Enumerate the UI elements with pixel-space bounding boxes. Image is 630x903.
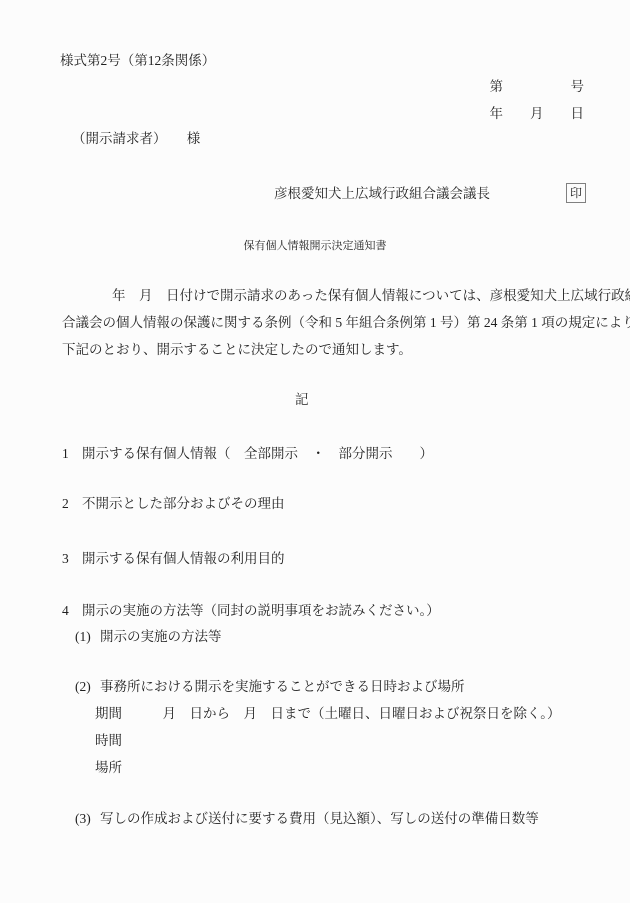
item-2-text: 不開示とした部分およびその理由 [82, 496, 285, 512]
document-page: 様式第2号（第12条関係） 第 号 年 月 日 （開示請求者） 様 彦根愛知犬上… [0, 0, 630, 903]
item-3: 3 開示する保有個人情報の利用目的 [62, 551, 285, 567]
sub-item-2: (2) 事務所における開示を実施することができる日時および場所 [75, 679, 465, 695]
seal-mark: 印 [570, 186, 582, 200]
sub-item-3: (3) 写しの作成および送付に要する費用（見込額）、写しの送付の準備日数等 [75, 811, 539, 827]
place-label: 場所 [95, 760, 122, 776]
item-4-text: 開示の実施の方法等（同封の説明事項をお読みください。） [82, 603, 440, 619]
sender-title: 彦根愛知犬上広域行政組合議会議長 [274, 186, 490, 202]
sub-item-1: (1) 開示の実施の方法等 [75, 629, 222, 645]
item-1-text: 開示する保有個人情報（ 全部開示 ・ 部分開示 ） [82, 446, 433, 462]
sub-item-3-number: (3) [75, 811, 100, 827]
issue-date-line: 年 月 日 [0, 106, 584, 122]
document-number-line: 第 号 [0, 79, 584, 95]
sub-item-1-text: 開示の実施の方法等 [100, 629, 222, 645]
item-1-number: 1 [62, 446, 82, 462]
period-line: 期間 月 日から 月 日まで（土曜日、日曜日および祝祭日を除く。） [95, 706, 560, 722]
sub-item-1-number: (1) [75, 629, 100, 645]
time-label: 時間 [95, 733, 122, 749]
sub-item-2-text: 事務所における開示を実施することができる日時および場所 [100, 679, 465, 695]
item-1: 1 開示する保有個人情報（ 全部開示 ・ 部分開示 ） [62, 446, 433, 462]
item-4-number: 4 [62, 603, 82, 619]
sub-item-3-text: 写しの作成および送付に要する費用（見込額）、写しの送付の準備日数等 [100, 811, 539, 827]
body-paragraph-line-1: 年 月 日付けで開示請求のあった保有個人情報については、彦根愛知犬上広域行政組 [112, 288, 630, 304]
ki-marker: 記 [295, 392, 309, 408]
item-2: 2 不開示とした部分およびその理由 [62, 496, 285, 512]
seal-stamp-icon: 印 [566, 183, 586, 203]
addressee-line: （開示請求者） 様 [72, 131, 200, 147]
sub-item-2-number: (2) [75, 679, 100, 695]
item-3-text: 開示する保有個人情報の利用目的 [82, 551, 285, 567]
body-paragraph-line-2: 合議会の個人情報の保護に関する条例（令和 5 年組合条例第 1 号）第 24 条… [62, 315, 630, 331]
body-paragraph-line-3: 下記のとおり、開示することに決定したので通知します。 [62, 342, 412, 358]
form-number: 様式第2号（第12条関係） [60, 53, 215, 69]
item-4: 4 開示の実施の方法等（同封の説明事項をお読みください。） [62, 603, 440, 619]
item-3-number: 3 [62, 551, 82, 567]
document-title: 保有個人情報開示決定通知書 [0, 238, 630, 254]
item-2-number: 2 [62, 496, 82, 512]
